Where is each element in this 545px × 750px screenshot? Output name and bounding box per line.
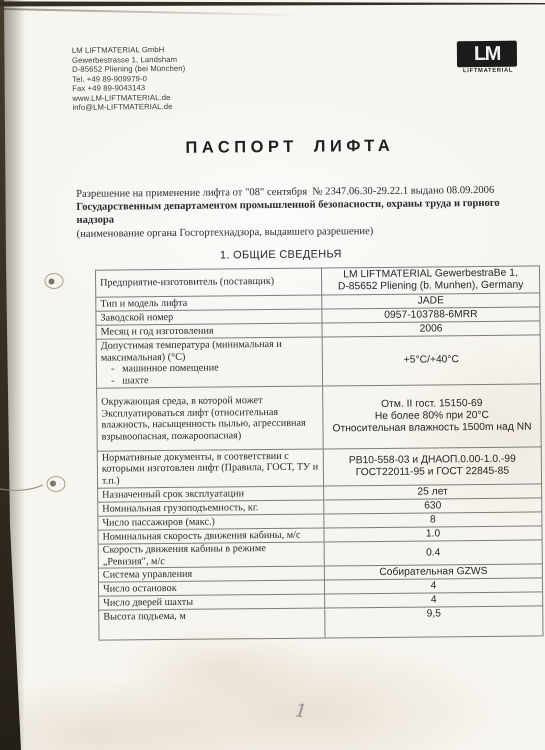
table-row: Допустимая температура (минимальная и ма… xyxy=(96,335,540,388)
table-row: Высота подъема, м 9,5 xyxy=(99,606,543,640)
general-info-table: Предприятие-изготовитель (поставщик) LM … xyxy=(95,265,544,640)
row-value: LM LIFTMATERIAL GewerbestraBe 1, D-85652… xyxy=(321,266,539,295)
lm-logo-icon: LM xyxy=(457,41,517,68)
lm-logo-label: LIFTMATERIAL xyxy=(457,68,519,75)
section-title: 1. ОБЩИЕ СВЕДЕНЬЯ xyxy=(59,247,503,263)
row-value: 0.4 xyxy=(324,540,542,566)
table-row: Предприятие-изготовитель (поставщик) LM … xyxy=(95,266,539,297)
table-row: Окружающая среда, в которой может Эксплу… xyxy=(97,384,542,451)
row-value: 9,5 xyxy=(325,606,543,638)
company-city: D-85652 Pliening (bei München) xyxy=(72,64,185,75)
permit-paragraph: Разрешение на применение лифта от "08" с… xyxy=(76,183,538,240)
document-title: ПАСПОРТ ЛИФТА xyxy=(68,136,512,159)
company-address-block: LM LIFTMATERIAL GmbH Gewerbestrasse 1, L… xyxy=(72,45,186,113)
row-label: Скорость движения кабины в режиме „Ревиз… xyxy=(98,542,324,568)
row-label: Нормативные документы, в соответствии с … xyxy=(97,449,323,488)
row-label: Допустимая температура (минимальная и ма… xyxy=(96,337,322,388)
row-value: +5°С/+40°С xyxy=(322,335,540,386)
table-row: Нормативные документы, в соответствии с … xyxy=(97,447,541,488)
lm-logo-monogram: LM xyxy=(474,44,500,64)
page-number-handwritten: 1 xyxy=(294,700,308,722)
company-email: info@LM-LIFTMATERIAL.de xyxy=(72,102,185,113)
row-value: РВ10-558-03 и ДНАОП.0.00-1.0.-99 ГОСТ220… xyxy=(323,447,541,486)
page-content: LM LIFTMATERIAL GmbH Gewerbestrasse 1, L… xyxy=(0,0,545,750)
row-label: Окружающая среда, в которой может Эксплу… xyxy=(97,386,324,451)
row-value: Отм. II гост. 15150-69 Не более 80% при … xyxy=(323,384,542,449)
row-label: Предприятие-изготовитель (поставщик) xyxy=(95,268,321,297)
row-label: Высота подъема, м xyxy=(99,608,325,640)
scanned-page: LM LIFTMATERIAL GmbH Gewerbestrasse 1, L… xyxy=(0,0,545,750)
company-logo: LM LIFTMATERIAL xyxy=(457,41,519,75)
